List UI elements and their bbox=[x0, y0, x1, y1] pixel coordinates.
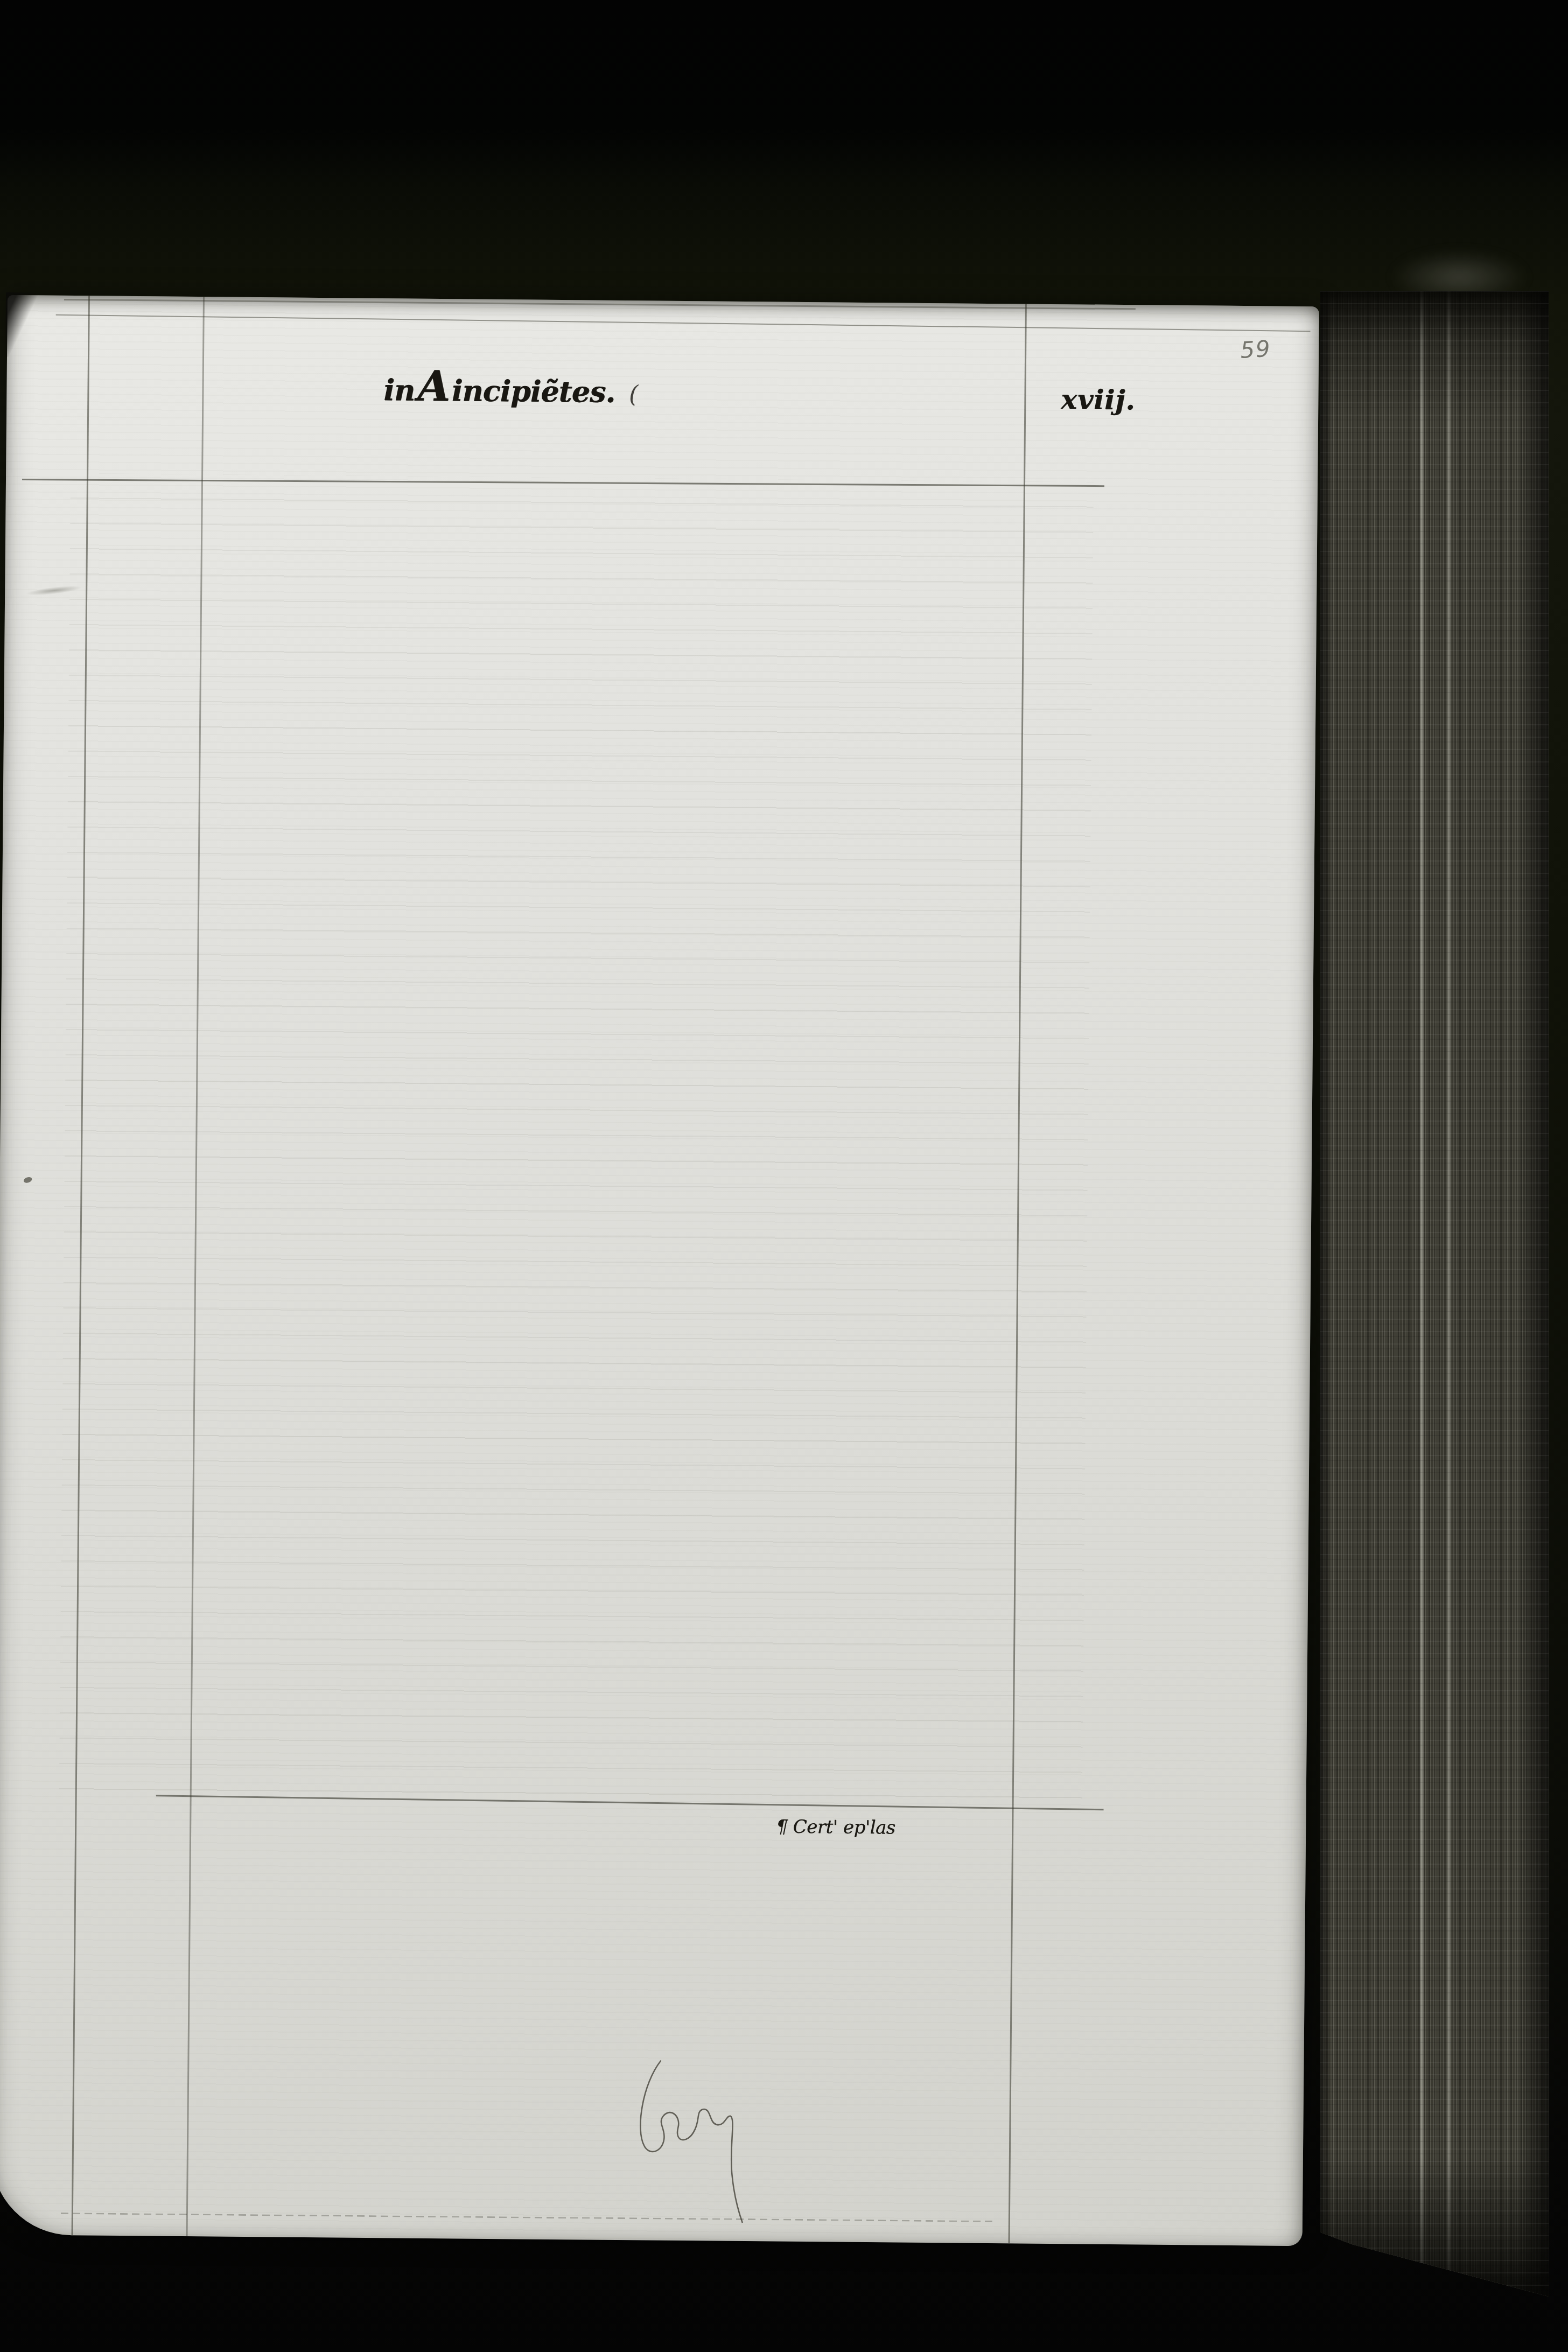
trailer-note: ¶ Cert' ep'las bbox=[776, 1816, 895, 1839]
photograph-canvas: { "photo": { "pencil_foliation": "59" },… bbox=[0, 0, 1568, 2352]
entry-list bbox=[0, 295, 1319, 2246]
manuscript-page: in A incipiẽtes.( xviij. 59 ¶ Cert' ep'l… bbox=[0, 295, 1319, 2246]
pen-trial-squiggle bbox=[610, 2050, 827, 2230]
book-fore-edge bbox=[1320, 291, 1549, 2297]
